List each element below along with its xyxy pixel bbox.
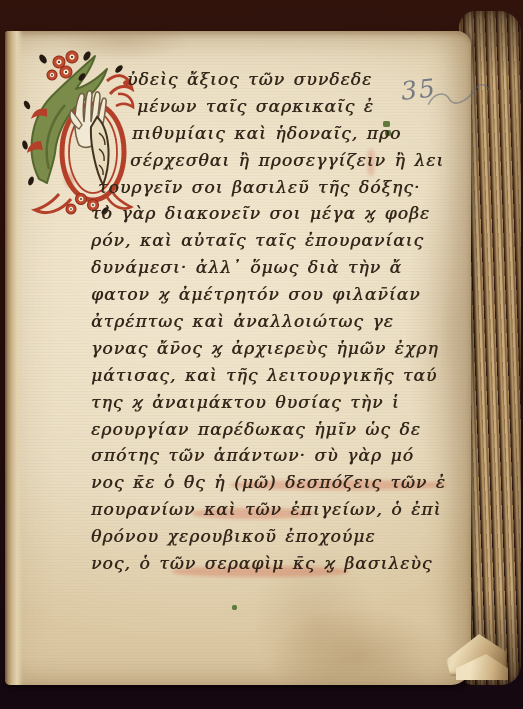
text-line: ερουργίαν παρέδωκας ἡμῖν ὡς δε (91, 417, 463, 444)
text-line: δυνάμεσι· ἀλλ᾽ ὅμως διὰ τὴν ἄ (91, 255, 463, 282)
text-line: φατον ϗ ἀμέτρητόν σου φιλαν̄ίαν (91, 282, 463, 309)
green-pigment-dot (232, 605, 237, 610)
text-block: ὐδεὶς ἄξιος τῶν συνδεδε μένων ταῖς σαρκι… (91, 67, 463, 578)
text-line: θρόνου χερουβικοῦ ἐποχούμε (91, 524, 463, 551)
text-line: σπότης τῶν ἁπάντων· σὺ γὰρ μό (91, 443, 463, 470)
text-line: σέρχεσθαι ἢ προσεγγίζειν ἢ λει (91, 148, 463, 175)
text-line: ἀτρέπτως καὶ ἀναλλοιώτως γε (91, 309, 463, 336)
text-line: πιθυμίαις καὶ ἡδοναῖς, προ (91, 121, 463, 148)
text-line: μένων ταῖς σαρκικαῖς ἐ (91, 94, 463, 121)
text-line: νος, ὁ τῶν σεραφὶμ κ̄ς ϗ βασιλεὺς (91, 551, 463, 578)
text-line: τουργεῖν σοι βασιλεῦ τῆς δόξης· (91, 175, 463, 202)
text-line: μάτισας, καὶ τῆς λειτουργικῆς ταύ (91, 363, 463, 390)
text-line: της ϗ ἀναιμάκτου θυσίας τὴν ἱ (91, 390, 463, 417)
text-line: ὐδεὶς ἄξιος τῶν συνδεδε (91, 67, 463, 94)
text-line: ρόν, καὶ αὐταῖς ταῖς ἐπουρανίαις (91, 228, 463, 255)
text-line: πουρανίων καὶ τῶν ἐπιγείων, ὁ ἐπὶ (91, 497, 463, 524)
manuscript-page: 35 (5, 31, 471, 685)
text-line: νος κ̄ε ὁ θ̄ς ἡ (μῶ) δεσπόζεις τῶν ἐ (91, 470, 463, 497)
text-line: τὸ γὰρ διακονεῖν σοι μέγα ϗ φοβε (91, 201, 463, 228)
photo-backdrop: 35 (0, 0, 523, 709)
text-line: γονας ἄν̄ος ϗ ἀρχιερεὺς ἡμῶν ἐχρη (91, 336, 463, 363)
